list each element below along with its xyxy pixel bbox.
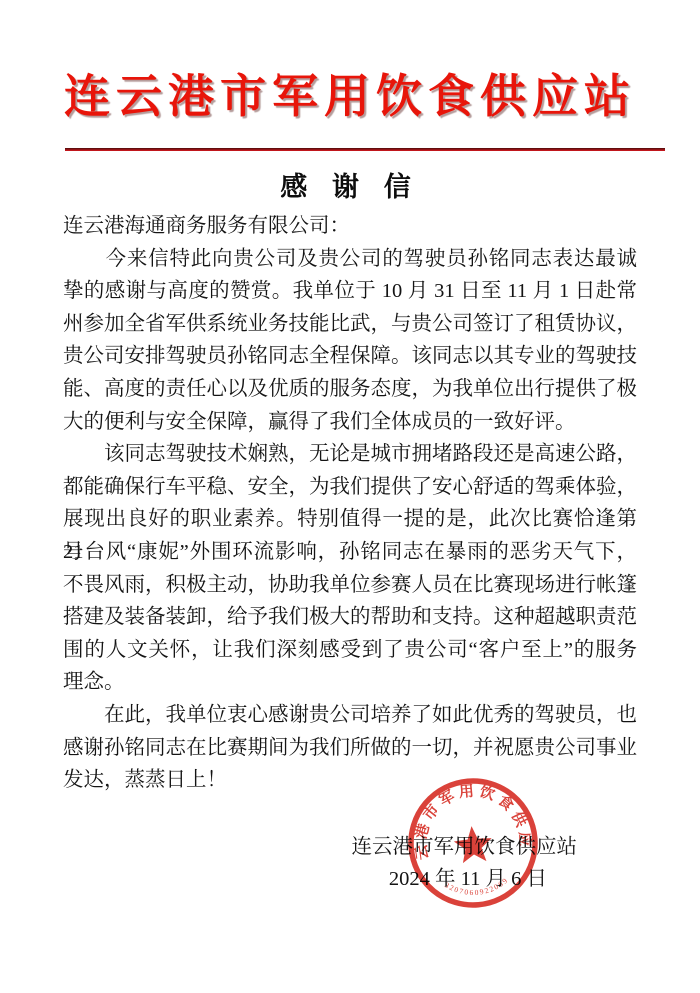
body-line: 大的便利与安全保障，赢得了我们全体成员的一致好评。 bbox=[63, 406, 637, 439]
body-line: 展现出良好的职业素养。特别值得一提的是，此次比赛恰逢第 21 bbox=[63, 503, 637, 536]
body-line: 在此，我单位衷心感谢贵公司培养了如此优秀的驾驶员，也 bbox=[63, 699, 637, 732]
letterhead-divider-line bbox=[65, 148, 665, 151]
signature-date: 2024 年 11 月 6 日 bbox=[0, 867, 547, 891]
body-line: 今来信特此向贵公司及贵公司的驾驶员孙铭同志表达最诚 bbox=[63, 243, 637, 276]
letterhead-org-name: 连云港市军用饮食供应站 bbox=[0, 66, 700, 128]
body-line: 号台风“康妮”外围环流影响，孙铭同志在暴雨的恶劣天气下， bbox=[63, 536, 637, 569]
body-line: 贵公司安排驾驶员孙铭同志全程保障。该同志以其专业的驾驶技 bbox=[63, 340, 637, 373]
letter-page: 连云港市军用饮食供应站 感 谢 信 连云港海通商务服务有限公司： 今来信特此向贵… bbox=[0, 0, 700, 993]
body-line: 该同志驾驶技术娴熟，无论是城市拥堵路段还是高速公路， bbox=[63, 438, 637, 471]
body-line: 理念。 bbox=[63, 666, 637, 699]
body-line: 围的人文关怀，让我们深刻感受到了贵公司“客户至上”的服务 bbox=[63, 634, 637, 667]
letter-title: 感 谢 信 bbox=[0, 171, 700, 203]
body-line: 不畏风雨，积极主动，协助我单位参赛人员在比赛现场进行帐篷 bbox=[63, 569, 637, 602]
body-line: 发达，蒸蒸日上！ bbox=[63, 764, 637, 797]
signature-org-name: 连云港市军用饮食供应站 bbox=[0, 835, 577, 859]
body-line: 连云港海通商务服务有限公司： bbox=[63, 210, 637, 243]
body-line: 州参加全省军供系统业务技能比武，与贵公司签订了租赁协议， bbox=[63, 308, 637, 341]
letter-body: 连云港海通商务服务有限公司： 今来信特此向贵公司及贵公司的驾驶员孙铭同志表达最诚… bbox=[63, 210, 637, 797]
body-line: 都能确保行车平稳、安全，为我们提供了安心舒适的驾乘体验， bbox=[63, 471, 637, 504]
body-line: 挚的感谢与高度的赞赏。我单位于 10 月 31 日至 11 月 1 日赴常 bbox=[63, 275, 637, 308]
body-line: 能、高度的责任心以及优质的服务态度，为我单位出行提供了极 bbox=[63, 373, 637, 406]
body-line: 搭建及装备装卸，给予我们极大的帮助和支持。这种超越职责范 bbox=[63, 601, 637, 634]
body-line: 感谢孙铭同志在比赛期间为我们所做的一切，并祝愿贵公司事业 bbox=[63, 732, 637, 765]
